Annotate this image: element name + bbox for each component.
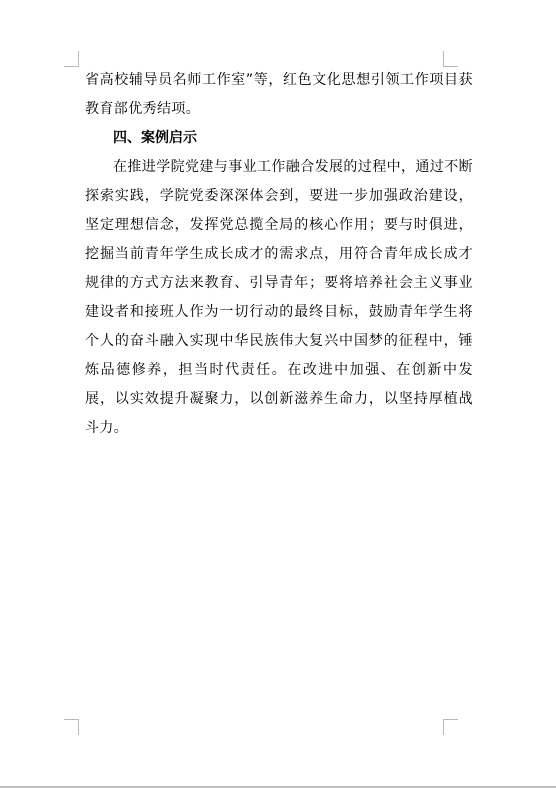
section-heading: 四、案例启示 — [85, 124, 473, 153]
bottom-left-margin-mark — [64, 719, 79, 735]
body-paragraph: 在推进学院党建与事业工作融合发展的过程中，通过不断探索实践，学院党委深深体会到，… — [85, 153, 473, 443]
bottom-right-margin-mark — [443, 719, 458, 735]
document-page: 省高校辅导员名师工作室”等，红色文化思想引领工作项目获教育部优秀结项。 四、案例… — [0, 0, 556, 786]
continuation-paragraph: 省高校辅导员名师工作室”等，红色文化思想引领工作项目获教育部优秀结项。 — [85, 66, 473, 124]
top-right-margin-mark — [443, 51, 458, 67]
top-left-margin-mark — [64, 51, 79, 67]
document-body[interactable]: 省高校辅导员名师工作室”等，红色文化思想引领工作项目获教育部优秀结项。 四、案例… — [85, 66, 473, 443]
